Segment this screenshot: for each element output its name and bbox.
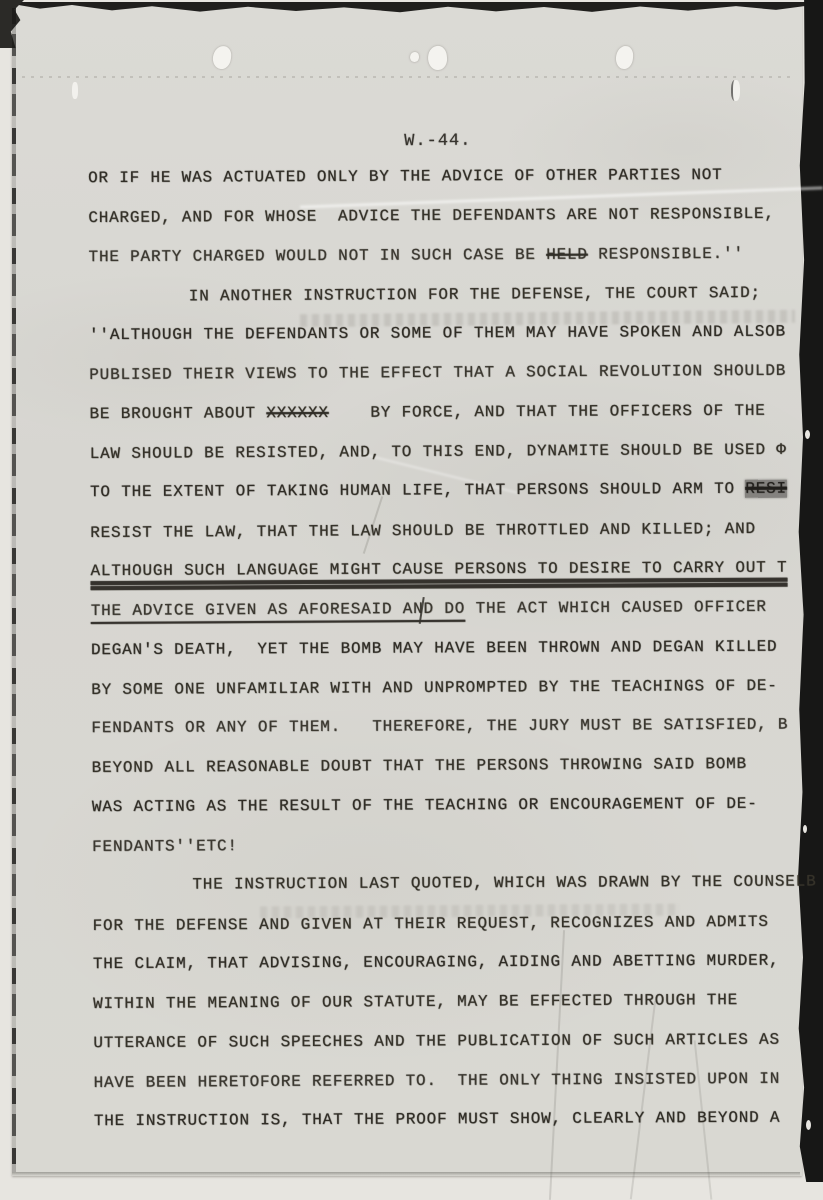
typed-line: TO THE EXTENT OF TAKING HUMAN LIFE, THAT…: [90, 470, 802, 513]
typed-line: ''ALTHOUGH THE DEFENDANTS OR SOME OF THE…: [89, 313, 801, 356]
blot-text: RESI: [745, 480, 787, 498]
typed-text: THE ACT WHICH CAUSED OFFICER: [465, 598, 767, 618]
typed-line: BE BROUGHT ABOUT XXXXXX BY FORCE, AND TH…: [89, 391, 801, 434]
typed-line: WAS ACTING AS THE RESULT OF THE TEACHING…: [92, 784, 804, 827]
typed-text: BE BROUGHT ABOUT: [89, 404, 266, 423]
typed-text: THE INSTRUCTION IS, THAT THE PROOF MUST …: [94, 1109, 781, 1130]
typed-line: HAVE BEEN HERETOFORE REFERRED TO. THE ON…: [93, 1059, 805, 1103]
typed-text: CHARGED, AND FOR WHOSE ADVICE THE DEFEND…: [88, 205, 775, 227]
typed-content: W.-44. OR IF HE WAS ACTUATED ONLY BY THE…: [0, 0, 823, 1200]
typed-text: THE PARTY CHARGED WOULD NOT IN SUCH CASE…: [88, 245, 546, 265]
page-number-label: W.-44.: [88, 130, 788, 153]
typed-line: IN ANOTHER INSTRUCTION FOR THE DEFENSE, …: [89, 274, 801, 318]
underline-text: THE ADVICE GIVEN AS AFORESAID AND DO: [91, 600, 466, 620]
typed-line: RESIST THE LAW, THAT THE LAW SHOULD BE T…: [90, 509, 802, 553]
typed-line: DEGAN'S DEATH, YET THE BOMB MAY HAVE BEE…: [91, 627, 803, 670]
typed-text: HAVE BEEN HERETOFORE REFERRED TO. THE ON…: [94, 1070, 781, 1092]
typed-line: LAW SHOULD BE RESISTED, AND, TO THIS END…: [90, 431, 802, 475]
typed-text: RESPONSIBLE.'': [588, 244, 744, 263]
typed-text: PUBLISED THEIR VIEWS TO THE EFFECT THAT …: [89, 362, 786, 384]
typed-text: FENDANTS''ETC!: [92, 837, 238, 856]
typed-line: PUBLISED THEIR VIEWS TO THE EFFECT THAT …: [89, 352, 801, 396]
typed-line: OR IF HE WAS ACTUATED ONLY BY THE ADVICE…: [88, 156, 800, 199]
typed-text: UTTERANCE OF SUCH SPEECHES AND THE PUBLI…: [93, 1030, 780, 1051]
typed-line: FOR THE DEFENSE AND GIVEN AT THEIR REQUE…: [92, 902, 804, 946]
typed-line: THE INSTRUCTION LAST QUOTED, WHICH WAS D…: [92, 863, 804, 906]
typed-text: ''ALTHOUGH THE DEFENDANTS OR SOME OF THE…: [89, 323, 786, 345]
typed-text: WAS ACTING AS THE RESULT OF THE TEACHING…: [92, 795, 758, 816]
typed-line: THE PARTY CHARGED WOULD NOT IN SUCH CASE…: [88, 234, 800, 277]
typed-line: ALTHOUGH SUCH LANGUAGE MIGHT CAUSE PERSO…: [90, 548, 802, 591]
typed-line: FENDANTS''ETC!: [92, 824, 804, 868]
typed-line: THE INSTRUCTION IS, THAT THE PROOF MUST …: [94, 1099, 806, 1142]
typed-text: THE INSTRUCTION LAST QUOTED, WHICH WAS D…: [192, 873, 816, 894]
typed-text: FENDANTS OR ANY OF THEM. THEREFORE, THE …: [91, 716, 788, 738]
strike-text: XXXXXX: [266, 404, 329, 422]
typed-line: CHARGED, AND FOR WHOSE ADVICE THE DEFEND…: [88, 195, 800, 239]
typed-text: DEGAN'S DEATH, YET THE BOMB MAY HAVE BEE…: [91, 637, 778, 658]
typed-text: WITHIN THE MEANING OF OUR STATUTE, MAY B…: [93, 991, 738, 1013]
typed-line: UTTERANCE OF SUCH SPEECHES AND THE PUBLI…: [93, 1020, 805, 1063]
underline2-text: ALTHOUGH SUCH LANGUAGE MIGHT CAUSE PERSO…: [90, 559, 787, 581]
typed-line: FENDANTS OR ANY OF THEM. THEREFORE, THE …: [91, 706, 803, 749]
typed-text: BEYOND ALL REASONABLE DOUBT THAT THE PER…: [92, 755, 747, 777]
typed-text: BY FORCE, AND THAT THE OFFICERS OF THE: [329, 401, 766, 421]
typed-text: FOR THE DEFENSE AND GIVEN AT THEIR REQUE…: [93, 913, 769, 935]
typed-lines: OR IF HE WAS ACTUATED ONLY BY THE ADVICE…: [88, 156, 806, 1143]
typed-line: WITHIN THE MEANING OF OUR STATUTE, MAY B…: [93, 981, 805, 1025]
typed-text: THE CLAIM, THAT ADVISING, ENCOURAGING, A…: [93, 952, 780, 973]
typed-line: THE ADVICE GIVEN AS AFORESAID AND DO THE…: [91, 588, 803, 632]
typed-text: OR IF HE WAS ACTUATED ONLY BY THE ADVICE…: [88, 166, 723, 187]
strike-text: HELD: [546, 245, 588, 263]
typed-line: BEYOND ALL REASONABLE DOUBT THAT THE PER…: [92, 745, 804, 789]
typed-text: IN ANOTHER INSTRUCTION FOR THE DEFENSE, …: [189, 284, 761, 305]
typed-text: RESIST THE LAW, THAT THE LAW SHOULD BE T…: [90, 520, 756, 542]
typed-line: THE CLAIM, THAT ADVISING, ENCOURAGING, A…: [93, 941, 805, 984]
typed-text: LAW SHOULD BE RESISTED, AND, TO THIS END…: [90, 441, 787, 463]
typed-text: TO THE EXTENT OF TAKING HUMAN LIFE, THAT…: [90, 480, 745, 501]
typed-text: BY SOME ONE UNFAMILIAR WITH AND UNPROMPT…: [91, 677, 778, 699]
typed-line: BY SOME ONE UNFAMILIAR WITH AND UNPROMPT…: [91, 667, 803, 711]
